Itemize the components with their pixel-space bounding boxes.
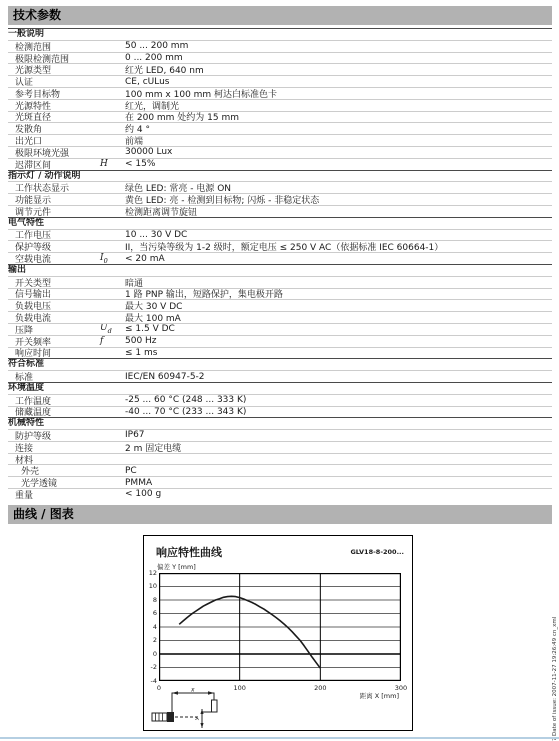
response-curve-chart: 响应特性曲线 GLV18-8-200... 偏差 Y [mm] 距离 X [mm…	[143, 535, 413, 731]
spec-row-label: 外壳	[8, 464, 100, 476]
spec-row: 保护等级II，当污染等级为 1-2 级时，额定电压 ≤ 250 V AC（依据标…	[8, 240, 552, 252]
spec-row: 迟滞区间H< 15%	[8, 158, 552, 170]
spec-row-label: 储藏温度	[8, 406, 100, 418]
spec-row-value: 100 mm x 100 mm 柯达白标准色卡	[125, 87, 552, 99]
x-axis-tick-label: 100	[230, 684, 250, 692]
spec-row-label: 信号输出	[8, 288, 100, 300]
spec-row-label: 调节元件	[8, 205, 100, 217]
spec-row-value: 红光 LED, 640 nm	[125, 63, 552, 75]
spec-row: 响应时间≤ 1 ms	[8, 347, 552, 359]
spec-row: 出光口前端	[8, 134, 552, 146]
spec-row-label: 功能显示	[8, 193, 100, 205]
spec-row-label: 空载电流	[8, 252, 100, 264]
spec-row-label: 压降	[8, 323, 100, 335]
spec-row-label: 开关类型	[8, 276, 100, 288]
spec-row: 极限检测范围0 ... 200 mm	[8, 52, 552, 64]
y-axis-tick-label: 10	[141, 582, 157, 590]
spec-row: 负载电压最大 30 V DC	[8, 299, 552, 311]
y-axis-tick-label: 4	[141, 623, 157, 631]
page-bottom-divider	[0, 737, 559, 739]
spec-row-value: < 100 g	[125, 489, 552, 499]
spec-row-value: 最大 30 V DC	[125, 299, 552, 311]
spec-row-symbol: I0	[100, 253, 125, 264]
spec-row-label: 极限检测范围	[8, 52, 100, 64]
spec-row: 压降Ud≤ 1.5 V DC	[8, 323, 552, 335]
chart-x-axis-label: 距离 X [mm]	[360, 691, 399, 700]
spec-section-header: 环境温度	[8, 382, 552, 394]
spec-section-header: 符合标准	[8, 358, 552, 370]
spec-row: 工作温度-25 ... 60 °C (248 ... 333 K)	[8, 394, 552, 406]
spec-row-value: 黄色 LED: 亮 - 检测到目标物; 闪烁 - 非稳定状态	[125, 193, 552, 205]
spec-section-header: 电气特性	[8, 217, 552, 229]
spec-row-label: 认证	[8, 75, 100, 87]
svg-text:y: y	[194, 716, 200, 721]
spec-row: 认证CE, cULus	[8, 75, 552, 87]
spec-row: 参考目标物100 mm x 100 mm 柯达白标准色卡	[8, 87, 552, 99]
spec-row: 工作状态显示绿色 LED: 常亮 - 电源 ON	[8, 181, 552, 193]
spec-row: 重量< 100 g	[8, 488, 552, 500]
spec-row: 检测范围50 ... 200 mm	[8, 40, 552, 52]
spec-row-label: 迟滞区间	[8, 158, 100, 170]
chart-model-label: GLV18-8-200...	[350, 548, 404, 556]
chart-title: 响应特性曲线	[156, 544, 222, 560]
spec-row-value: < 20 mA	[125, 254, 552, 264]
chart-y-axis-label: 偏差 Y [mm]	[157, 562, 196, 571]
spec-row-value: 30000 Lux	[125, 147, 552, 157]
spec-section-header: 机械特性	[8, 417, 552, 429]
y-axis-tick-label: 6	[141, 609, 157, 617]
spec-row-label: 保护等级	[8, 240, 100, 252]
y-axis-tick-label: -2	[141, 663, 157, 671]
spec-row-label: 开关频率	[8, 335, 100, 347]
y-axis-tick-label: 0	[141, 650, 157, 658]
spec-row-label: 极限环境光强	[8, 146, 100, 158]
spec-row-value: ≤ 1 ms	[125, 348, 552, 358]
chart-plot-area	[159, 573, 401, 681]
spec-row-value: IEC/EN 60947-5-2	[125, 372, 552, 382]
spec-row-value: 暗通	[125, 276, 552, 288]
spec-row-label: 响应时间	[8, 347, 100, 359]
spec-row: 光源类型红光 LED, 640 nm	[8, 63, 552, 75]
spec-row-value: 在 200 mm 处约为 15 mm	[125, 111, 552, 123]
spec-row-label: 参考目标物	[8, 87, 100, 99]
spec-section-header: 输出	[8, 264, 552, 276]
x-axis-tick-label: 200	[310, 684, 330, 692]
spec-row-value: 红光，调制光	[125, 99, 552, 111]
spec-row: 光源特性红光，调制光	[8, 99, 552, 111]
spec-section-header: 指示灯 / 动作说明	[8, 170, 552, 182]
spec-row-label: 材料	[8, 453, 100, 465]
spec-row-label: 光斑直径	[8, 111, 100, 123]
spec-row-value: 约 4 °	[125, 122, 552, 134]
spec-row-value: 500 Hz	[125, 336, 552, 346]
spec-row-label: 工作状态显示	[8, 181, 100, 193]
section-header-technical-data: 技术参数	[8, 6, 552, 25]
spec-row-value: 10 ... 30 V DC	[125, 230, 552, 240]
spec-row: 开关类型暗通	[8, 276, 552, 288]
spec-row-value: 2 m 固定电缆	[125, 441, 552, 453]
spec-row-label: 连接	[8, 441, 100, 453]
spec-row-value: ≤ 1.5 V DC	[125, 324, 552, 334]
spec-row: 负载电流最大 100 mA	[8, 311, 552, 323]
spec-row-label: 标准	[8, 370, 100, 382]
spec-row-label: 光源类型	[8, 63, 100, 75]
spec-row-value: -40 ... 70 °C (233 ... 343 K)	[125, 407, 552, 417]
datasheet-page: 技术参数 一般说明检测范围50 ... 200 mm极限检测范围0 ... 20…	[0, 0, 559, 741]
y-axis-tick-label: 2	[141, 636, 157, 644]
spec-row: 外壳PC	[8, 464, 552, 476]
x-axis-tick-label: 300	[391, 684, 411, 692]
spec-row-value: PMMA	[125, 478, 552, 488]
spec-row-value: 绿色 LED: 常亮 - 电源 ON	[125, 181, 552, 193]
spec-row-label: 负载电压	[8, 299, 100, 311]
sensor-alignment-icon: x y	[150, 686, 250, 730]
spec-row-label: 出光口	[8, 134, 100, 146]
spec-row-value: -25 ... 60 °C (248 ... 333 K)	[125, 395, 552, 405]
spec-row-label: 光学透镜	[8, 476, 100, 488]
x-axis-tick-label: 0	[149, 684, 169, 692]
y-axis-tick-label: 8	[141, 596, 157, 604]
spec-row-value: 1 路 PNP 输出，短路保护，集电极开路	[125, 288, 552, 300]
spec-row-value: 检测距离调节旋钮	[125, 205, 552, 217]
spec-row: 开关频率f500 Hz	[8, 335, 552, 347]
y-axis-tick-label: 12	[141, 569, 157, 577]
spec-row-label: 负载电流	[8, 311, 100, 323]
spec-row: 极限环境光强30000 Lux	[8, 146, 552, 158]
spec-row-label: 工作电压	[8, 229, 100, 241]
spec-row: 防护等级IP67	[8, 429, 552, 441]
spec-row: 发散角约 4 °	[8, 122, 552, 134]
spec-row-label: 重量	[8, 488, 100, 500]
spec-row-value: II，当污染等级为 1-2 级时，额定电压 ≤ 250 V AC（依据标准 IE…	[125, 240, 552, 252]
spec-row: 工作电压10 ... 30 V DC	[8, 229, 552, 241]
spec-row: 调节元件检测距离调节旋钮	[8, 205, 552, 217]
spec-row-symbol: Ud	[100, 323, 125, 334]
spec-row-label: 工作温度	[8, 394, 100, 406]
spec-row-label: 发散角	[8, 122, 100, 134]
spec-row-value: 0 ... 200 mm	[125, 53, 552, 63]
spec-row: 空载电流I0< 20 mA	[8, 252, 552, 264]
spec-row-label: 光源特性	[8, 99, 100, 111]
side-date-text: Date of issue: 2007-11-27 19:26:49 cn_xm…	[552, 536, 558, 736]
spec-row: 光学透镜PMMA	[8, 476, 552, 488]
section-header-curves: 曲线 / 图表	[8, 505, 552, 524]
spec-row-label: 检测范围	[8, 40, 100, 52]
spec-row-symbol: H	[100, 159, 125, 169]
spec-row-value: 最大 100 mA	[125, 311, 552, 323]
spec-table: 一般说明检测范围50 ... 200 mm极限检测范围0 ... 200 mm光…	[8, 28, 552, 500]
spec-row-value: CE, cULus	[125, 77, 552, 87]
spec-row: 光斑直径在 200 mm 处约为 15 mm	[8, 111, 552, 123]
spec-section-header: 一般说明	[8, 28, 552, 40]
spec-row-value: 前端	[125, 134, 552, 146]
spec-row-label: 防护等级	[8, 429, 100, 441]
spec-row: 材料	[8, 453, 552, 465]
spec-row: 功能显示黄色 LED: 亮 - 检测到目标物; 闪烁 - 非稳定状态	[8, 193, 552, 205]
spec-row-symbol: f	[100, 336, 125, 346]
spec-row: 信号输出1 路 PNP 输出，短路保护，集电极开路	[8, 288, 552, 300]
svg-text:x: x	[190, 686, 195, 693]
spec-row: 储藏温度-40 ... 70 °C (233 ... 343 K)	[8, 406, 552, 418]
spec-row-value: IP67	[125, 430, 552, 440]
spec-row: 连接2 m 固定电缆	[8, 441, 552, 453]
spec-row-value: 50 ... 200 mm	[125, 41, 552, 51]
spec-row-value: < 15%	[125, 159, 552, 169]
spec-row-value: PC	[125, 466, 552, 476]
spec-row: 标准IEC/EN 60947-5-2	[8, 370, 552, 382]
